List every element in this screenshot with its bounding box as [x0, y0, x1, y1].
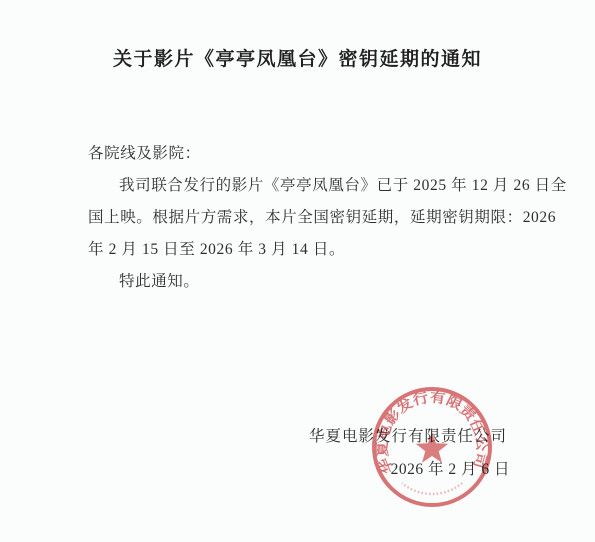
body-line: 我司联合发行的影片《亭亭凤凰台》已于 2025 年 12 月 26 日全: [119, 173, 567, 195]
body-line: 国上映。根据片方需求，本片全国密钥延期，延期密钥期限：2026: [88, 205, 556, 227]
body-line: 年 2 月 15 日至 2026 年 3 月 14 日。: [88, 237, 345, 259]
salutation-line: 各院线及影院：: [88, 141, 201, 163]
closing-line: 特此通知。: [119, 269, 200, 291]
document-title: 关于影片《亭亭凤凰台》密钥延期的通知: [0, 44, 595, 71]
seal-text: 华夏电影发行有限责任公司: [374, 389, 490, 476]
company-seal-stamp: 华夏电影发行有限责任公司: [364, 379, 500, 515]
scanned-notice-page: 关于影片《亭亭凤凰台》密钥延期的通知 各院线及影院： 我司联合发行的影片《亭亭凤…: [0, 0, 595, 542]
seal-bottom-marks: [402, 483, 462, 494]
seal-star-icon: [416, 432, 448, 463]
seal-text-arc: 华夏电影发行有限责任公司: [374, 389, 490, 476]
